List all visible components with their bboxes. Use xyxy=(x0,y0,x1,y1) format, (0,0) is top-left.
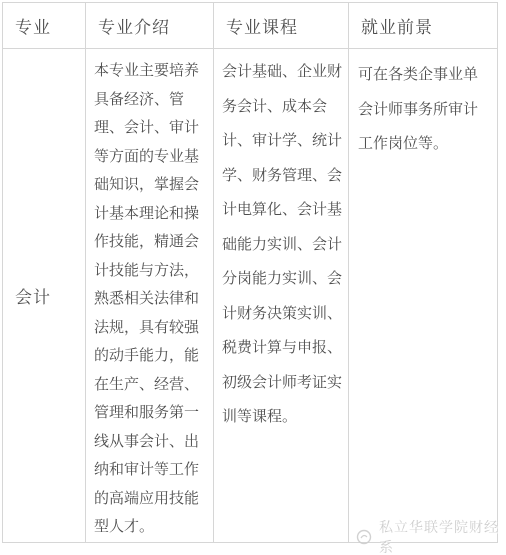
cell-employment-prospects: 可在各类企事业单 会计师事务所审计 工作岗位等。 xyxy=(349,49,498,543)
article-table-image: 专业 专业介绍 专业课程 就业前景 会计 本专业主要培养 具备经济、管 理、会计… xyxy=(0,0,506,555)
table-row: 会计 本专业主要培养 具备经济、管 理、会计、审计 等方面的专业基 础知识，掌握… xyxy=(3,49,498,543)
cell-major-name: 会计 xyxy=(3,49,86,543)
school-badge-icon xyxy=(356,529,372,545)
watermark: 私立华联学院财经系 xyxy=(356,517,506,555)
header-major: 专业 xyxy=(3,3,86,49)
header-prospects: 就业前景 xyxy=(349,3,498,49)
watermark-text: 私立华联学院财经系 xyxy=(379,517,506,555)
cell-major-introduction: 本专业主要培养 具备经济、管 理、会计、审计 等方面的专业基 础知识，掌握会 计… xyxy=(86,49,214,543)
cell-major-courses: 会计基础、企业财 务会计、成本会 计、审计学、统计 学、财务管理、会 计电算化、… xyxy=(214,49,349,543)
header-courses: 专业课程 xyxy=(214,3,349,49)
header-row: 专业 专业介绍 专业课程 就业前景 xyxy=(3,3,498,49)
major-info-table: 专业 专业介绍 专业课程 就业前景 会计 本专业主要培养 具备经济、管 理、会计… xyxy=(2,2,498,543)
header-introduction: 专业介绍 xyxy=(86,3,214,49)
